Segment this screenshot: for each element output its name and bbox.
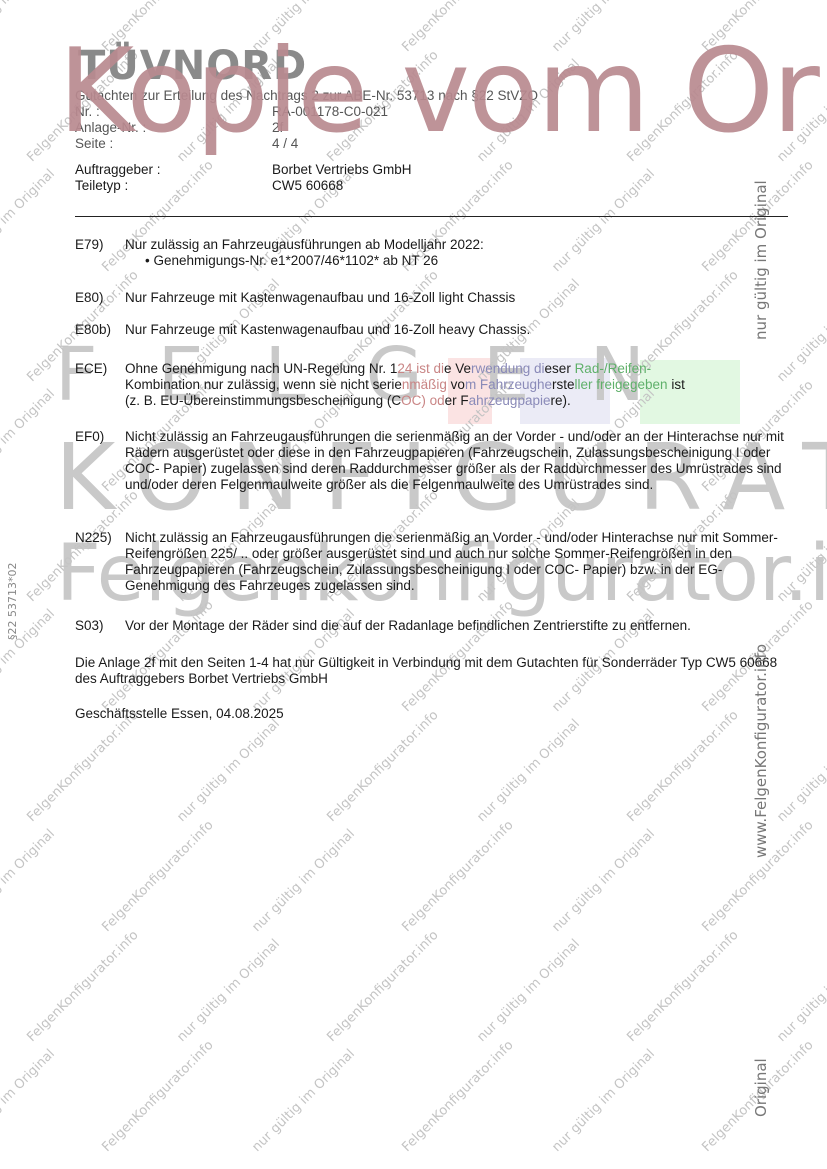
remark-s03: S03) Vor der Montage der Räder sind die …	[75, 618, 790, 634]
text-segment: rste	[552, 377, 575, 392]
text-segment: Kombination nur zulässig, wenn sie nicht…	[125, 377, 402, 392]
remark-e79: E79) Nur zulässig an Fahrzeugausführunge…	[75, 237, 790, 269]
remark-text: Ohne Genehmigung nach UN-Regelung Nr. 12…	[125, 361, 790, 409]
remark-text: Vor der Montage der Räder sind die auf d…	[125, 618, 790, 634]
remark-bullet: • Genehmigungs-Nr. e1*2007/46*1102* ab N…	[145, 253, 790, 269]
remark-ece: ECE) Ohne Genehmigung nach UN-Regelung N…	[75, 361, 790, 409]
text-segment: ller freigegeben	[575, 377, 668, 392]
text-segment: re).	[550, 393, 570, 408]
header-divider	[75, 216, 788, 217]
text-segment: Rad-/Reifen-	[575, 361, 652, 376]
copy-stamp-overlay: Kopie vom Original	[58, 34, 827, 150]
text-segment: OC) od	[401, 393, 445, 408]
field-label: Teiletyp :	[75, 178, 272, 194]
validity-note: Die Anlage 2f mit den Seiten 1-4 hat nur…	[75, 655, 787, 687]
text-segment: ahrzeugpapie	[469, 393, 551, 408]
document-page: TÜVNORD Gutachten zur Erteilung des Nach…	[0, 0, 827, 1169]
place-date: Geschäftsstelle Essen, 04.08.2025	[75, 706, 790, 722]
side-note-original: Original	[752, 1058, 770, 1117]
field-value: CW5 60668	[272, 178, 343, 193]
remark-n225: N225) Nicht zulässig an Fahrzeugausführu…	[75, 530, 790, 594]
remark-text: Nur Fahrzeuge mit Kastenwagenaufbau und …	[125, 290, 790, 306]
remark-code: E80b)	[75, 322, 111, 338]
remark-text: Nicht zulässig an Fahrzeugausführungen d…	[125, 530, 785, 594]
text-segment: e Ve	[444, 361, 471, 376]
remark-code: S03)	[75, 618, 104, 634]
field-teiletyp: Teiletyp :CW5 60668	[75, 178, 343, 194]
text-segment: eser	[545, 361, 575, 376]
remark-code: E80)	[75, 290, 104, 306]
text-segment: vo	[447, 377, 465, 392]
side-note-website: www.FelgenKonfigurator.info	[752, 644, 770, 858]
remark-text: Nur Fahrzeuge mit Kastenwagenaufbau und …	[125, 322, 790, 338]
remark-text: Nur zulässig an Fahrzeugausführungen ab …	[125, 237, 790, 253]
remark-code: E79)	[75, 237, 104, 253]
field-label: Auftraggeber :	[75, 162, 272, 178]
remark-e80b: E80b) Nur Fahrzeuge mit Kastenwagenaufba…	[75, 322, 790, 338]
field-value: Borbet Vertriebs GmbH	[272, 162, 412, 177]
text-segment: nmäßig	[402, 377, 447, 392]
remark-code: N225)	[75, 530, 112, 546]
remark-text: Nicht zulässig an Fahrzeugausführungen d…	[125, 429, 785, 493]
text-segment: m Fahrzeughe	[465, 377, 552, 392]
remark-ef0: EF0) Nicht zulässig an Fahrzeugausführun…	[75, 429, 790, 493]
remark-code: EF0)	[75, 429, 104, 445]
remark-e80: E80) Nur Fahrzeuge mit Kastenwagenaufbau…	[75, 290, 790, 306]
text-segment: er F	[445, 393, 469, 408]
field-auftraggeber: Auftraggeber :Borbet Vertriebs GmbH	[75, 162, 412, 178]
text-segment: Ohne Genehmigung nach UN-Regelung Nr. 1	[125, 361, 397, 376]
text-segment: 24 ist di	[397, 361, 444, 376]
side-note-valid-original: nur gültig im Original	[752, 180, 770, 340]
text-segment: rwendung di	[471, 361, 545, 376]
remark-code: ECE)	[75, 361, 107, 377]
side-reference-left: §22 53713*02	[6, 563, 19, 640]
